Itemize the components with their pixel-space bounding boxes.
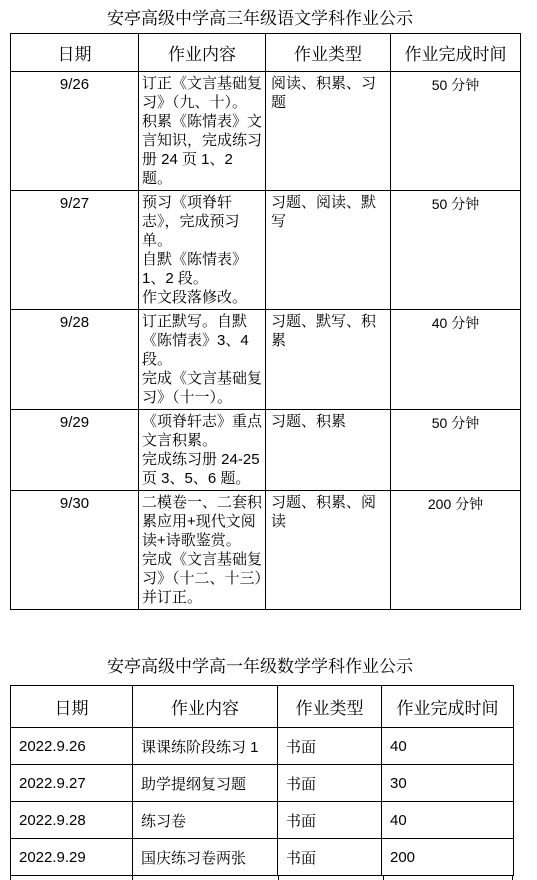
date-cell: 2022.9.28 bbox=[11, 802, 133, 839]
content-cell: 预习《项脊轩志》，完成预习单。 自默《陈情表》1、2 段。 作文段落修改。 bbox=[139, 191, 266, 310]
type-cell: 书面 bbox=[278, 839, 382, 876]
table-row: 9/28 订正默写。自默《陈情表》3、4 段。 完成《文言基础复习》（十一）。 … bbox=[11, 310, 521, 410]
document-page: 安亭高级中学高三年级语文学科作业公示 日期 作业内容 作业类型 作业完成时间 9… bbox=[0, 0, 537, 880]
type-cell: 书面 bbox=[278, 802, 382, 839]
type-cell: 习题、阅读、默写 bbox=[266, 191, 391, 310]
content-cell: 练习卷 bbox=[133, 802, 278, 839]
table-row: 2022.9.26 课课练阶段练习 1 书面 40 bbox=[11, 728, 514, 765]
date-cell: 9/30 bbox=[11, 491, 139, 610]
table-row: 2022.9.27 助学提纲复习题 书面 30 bbox=[11, 765, 514, 802]
header-content: 作业内容 bbox=[139, 34, 266, 72]
chinese-homework-table-title: 安亭高级中学高三年级语文学科作业公示 bbox=[0, 8, 520, 30]
content-cell: 助学提纲复习题 bbox=[133, 765, 278, 802]
content-cell: 国庆练习卷两张 bbox=[133, 839, 278, 876]
table-row: 9/27 预习《项脊轩志》，完成预习单。 自默《陈情表》1、2 段。 作文段落修… bbox=[11, 191, 521, 310]
type-cell: 书面 bbox=[278, 765, 382, 802]
time-cell: 40 bbox=[382, 728, 514, 765]
date-cell: 2022.9.26 bbox=[11, 728, 133, 765]
table-header-row: 日期 作业内容 作业类型 作业完成时间 bbox=[11, 34, 521, 72]
date-cell: 9/29 bbox=[11, 410, 139, 491]
time-cell: 50 分钟 bbox=[391, 72, 521, 191]
header-type: 作业类型 bbox=[278, 686, 382, 728]
header-time: 作业完成时间 bbox=[391, 34, 521, 72]
type-cell: 阅读、积累、习题 bbox=[266, 72, 391, 191]
header-date: 日期 bbox=[11, 686, 133, 728]
header-time: 作业完成时间 bbox=[382, 686, 514, 728]
table-row: 9/30 二模卷一、二套积累应用+现代文阅读+诗歌鉴赏。 完成《文言基础复习》（… bbox=[11, 491, 521, 610]
time-cell: 50 分钟 bbox=[391, 410, 521, 491]
date-cell: 2022.9.27 bbox=[11, 765, 133, 802]
table-header-row: 日期 作业内容 作业类型 作业完成时间 bbox=[11, 686, 514, 728]
header-type: 作业类型 bbox=[266, 34, 391, 72]
type-cell: 习题、积累 bbox=[266, 410, 391, 491]
content-cell: 二模卷一、二套积累应用+现代文阅读+诗歌鉴赏。 完成《文言基础复习》（十二、十三… bbox=[139, 491, 266, 610]
time-cell: 30 bbox=[382, 765, 514, 802]
date-cell: 9/26 bbox=[11, 72, 139, 191]
chinese-homework-table: 日期 作业内容 作业类型 作业完成时间 9/26 订正《文言基础复习》（九、十）… bbox=[10, 33, 521, 610]
date-cell: 9/27 bbox=[11, 191, 139, 310]
type-cell: 书面 bbox=[278, 728, 382, 765]
content-cell: 课课练阶段练习 1 bbox=[133, 728, 278, 765]
time-cell: 40 bbox=[382, 802, 514, 839]
truncated-next-row-borders bbox=[10, 876, 513, 880]
time-cell: 200 分钟 bbox=[391, 491, 521, 610]
type-cell: 习题、默写、积累 bbox=[266, 310, 391, 410]
date-cell: 2022.9.29 bbox=[11, 839, 133, 876]
content-cell: 订正《文言基础复习》（九、十）。 积累《陈情表》文言知识，完成练习册 24 页 … bbox=[139, 72, 266, 191]
time-cell: 200 bbox=[382, 839, 514, 876]
table-row: 9/29 《项脊轩志》重点文言积累。 完成练习册 24-25 页 3、5、6 题… bbox=[11, 410, 521, 491]
header-content: 作业内容 bbox=[133, 686, 278, 728]
content-cell: 订正默写。自默《陈情表》3、4 段。 完成《文言基础复习》（十一）。 bbox=[139, 310, 266, 410]
math-homework-table-title: 安亭高级中学高一年级数学学科作业公示 bbox=[0, 656, 520, 678]
table-row: 2022.9.29 国庆练习卷两张 书面 200 bbox=[11, 839, 514, 876]
header-date: 日期 bbox=[11, 34, 139, 72]
date-cell: 9/28 bbox=[11, 310, 139, 410]
time-cell: 50 分钟 bbox=[391, 191, 521, 310]
table-row: 9/26 订正《文言基础复习》（九、十）。 积累《陈情表》文言知识，完成练习册 … bbox=[11, 72, 521, 191]
time-cell: 40 分钟 bbox=[391, 310, 521, 410]
type-cell: 习题、积累、阅读 bbox=[266, 491, 391, 610]
math-homework-table: 日期 作业内容 作业类型 作业完成时间 2022.9.26 课课练阶段练习 1 … bbox=[10, 685, 514, 876]
table-row: 2022.9.28 练习卷 书面 40 bbox=[11, 802, 514, 839]
content-cell: 《项脊轩志》重点文言积累。 完成练习册 24-25 页 3、5、6 题。 bbox=[139, 410, 266, 491]
